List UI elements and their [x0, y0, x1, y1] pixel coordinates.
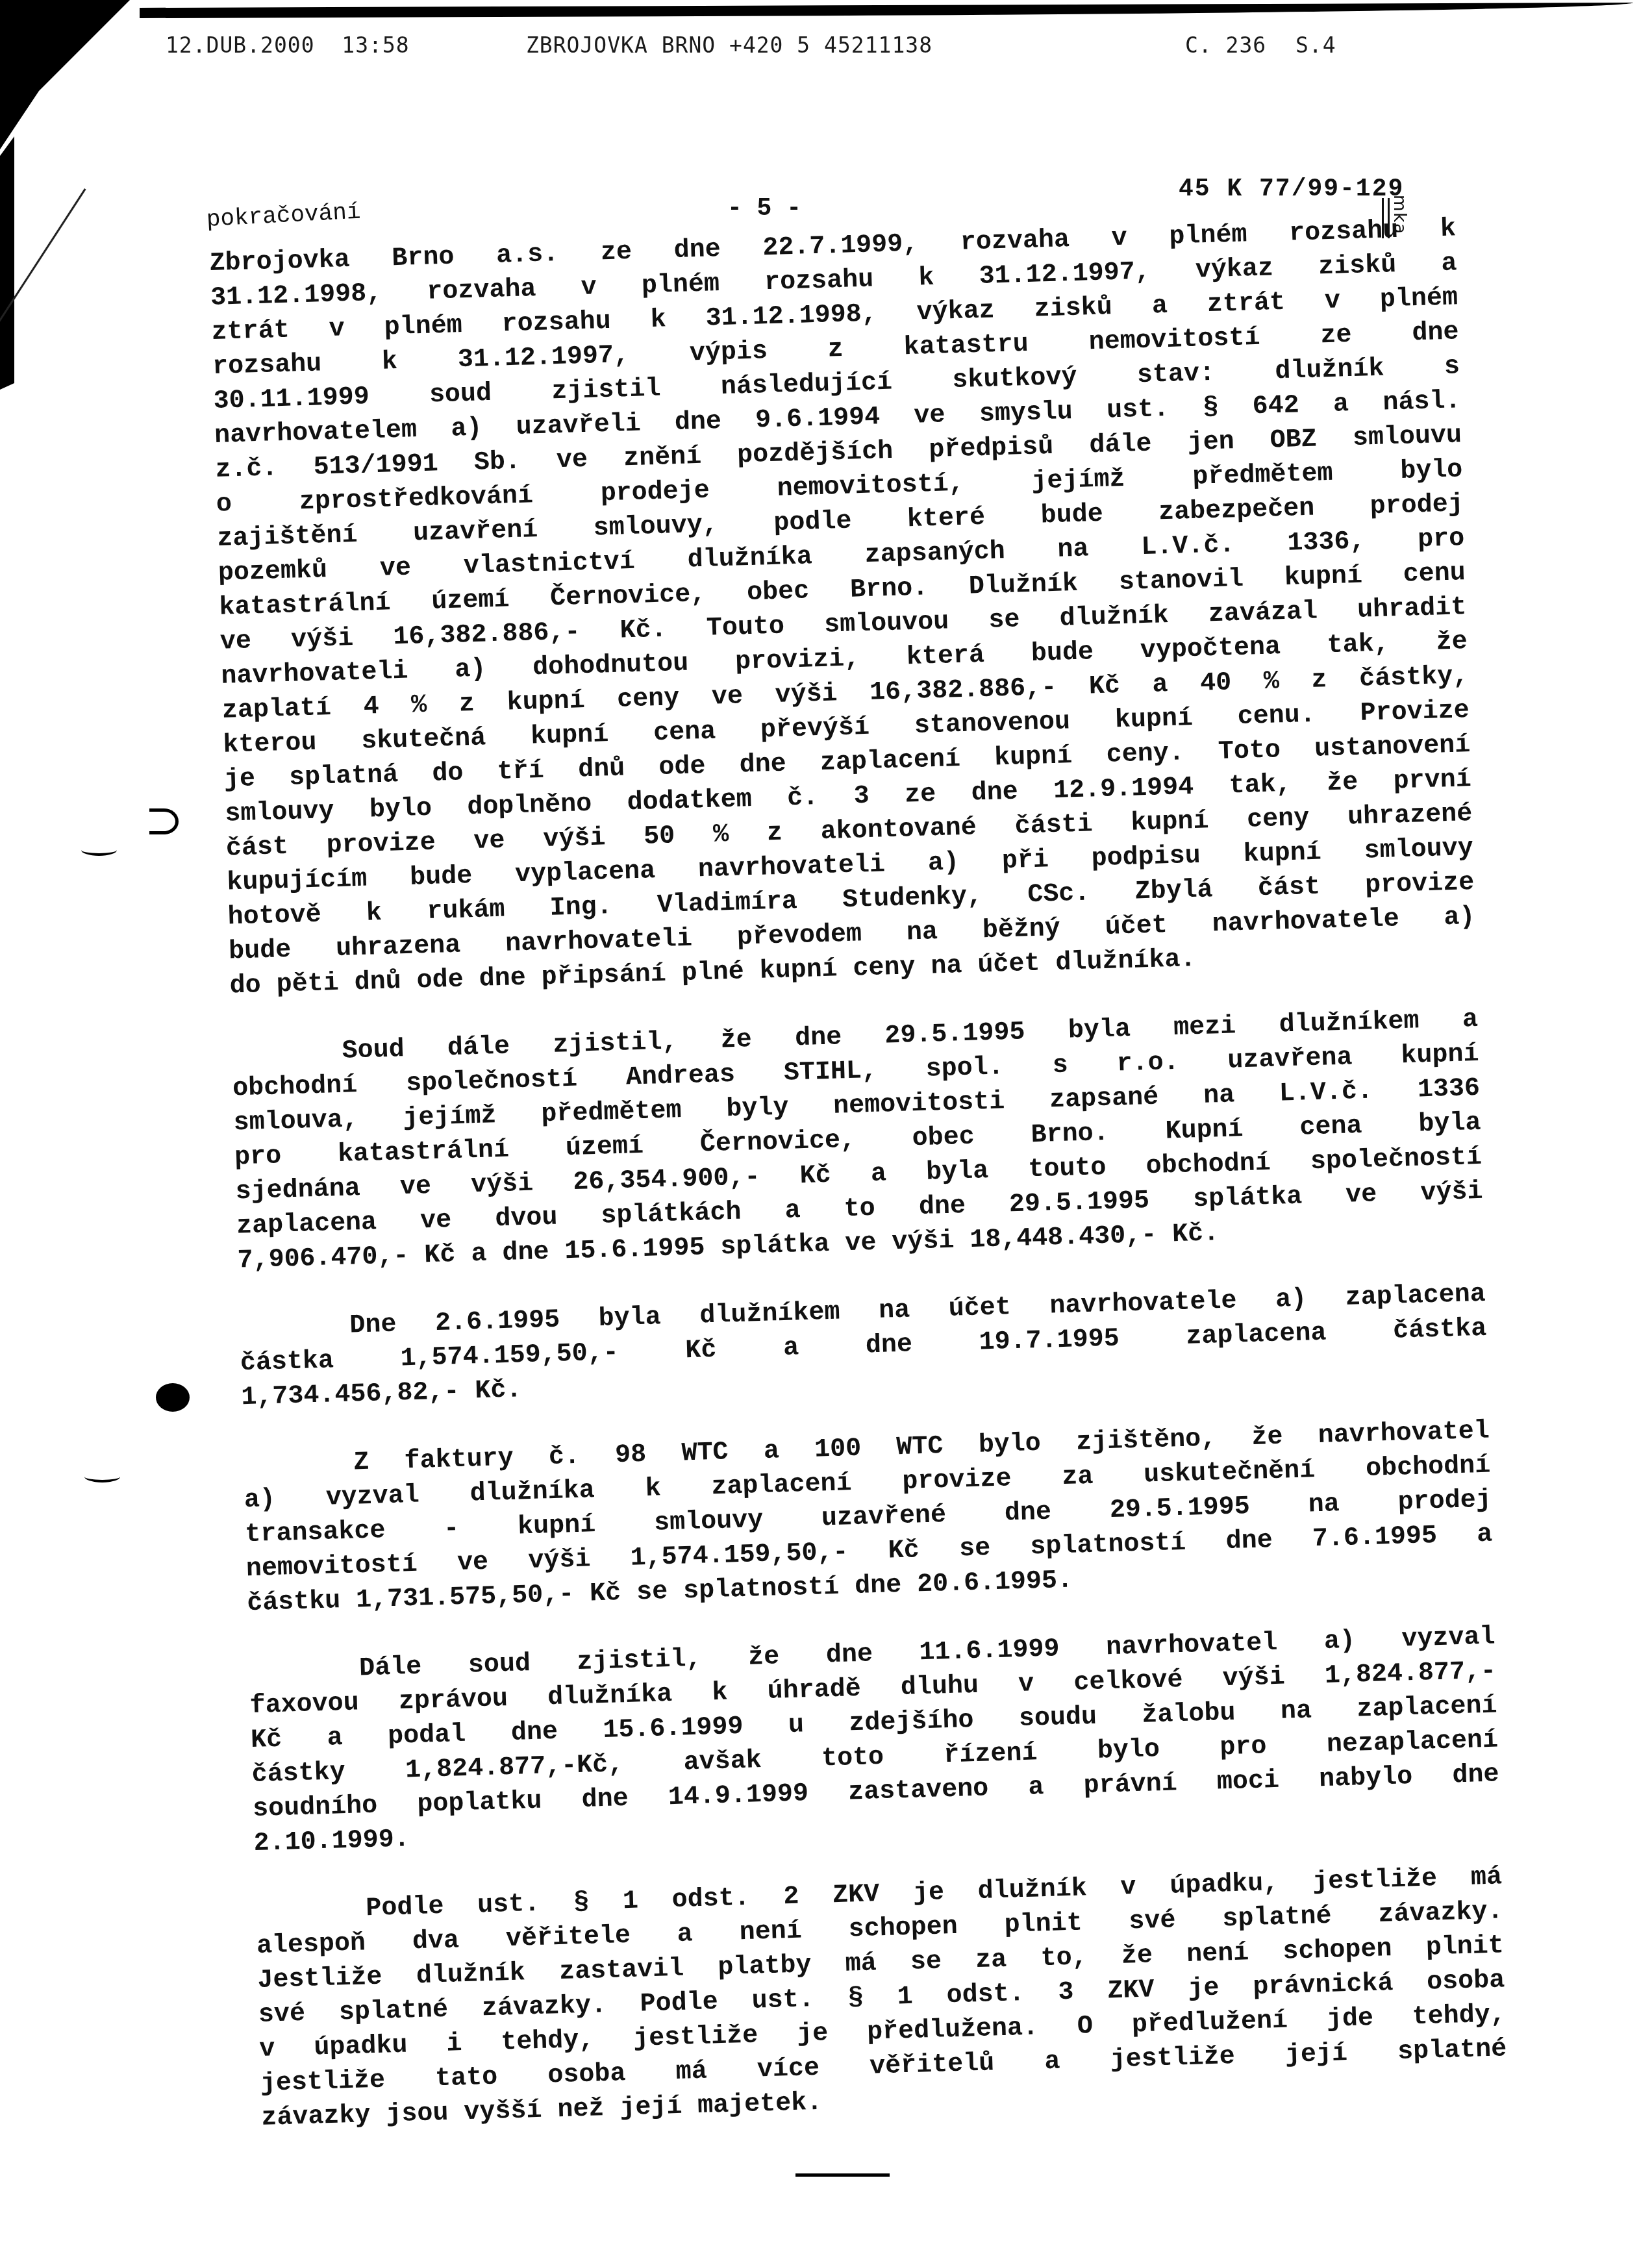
case-number: 45 K 77/99-129 [1179, 175, 1404, 203]
fax-header: 12.DUB.2000 13:58 ZBROJOVKA BRNO +420 5 … [166, 32, 1652, 58]
fax-sender: ZBROJOVKA BRNO +420 5 45211138 [526, 32, 932, 58]
fax-number: C. 236 [1185, 32, 1266, 58]
paragraph: Dne 2.6.1995 byla dlužníkem na účet navr… [239, 1277, 1488, 1416]
footer-rule [795, 2173, 890, 2177]
scan-edge-artifact [0, 0, 149, 390]
page-number: - 5 - [727, 195, 801, 223]
punch-hole-mark [84, 1471, 120, 1483]
paragraph: Soud dále zjistil, že dne 29.5.1995 byla… [231, 1003, 1484, 1278]
fax-date: 12.DUB.2000 13:58 [166, 32, 410, 58]
fax-page: S.4 [1295, 32, 1336, 58]
paragraph: Dále soud zjistil, že dne 11.6.1999 navr… [249, 1620, 1501, 1861]
punch-hole [156, 1383, 190, 1412]
margin-mark [149, 808, 179, 834]
scan-top-edge [140, 3, 1633, 18]
punch-hole-mark [81, 844, 117, 856]
fax-date-value: 12.DUB.2000 [166, 32, 315, 58]
paragraph: Z faktury č. 98 WTC a 100 WTC bylo zjišt… [243, 1414, 1494, 1621]
paragraph: Zbrojovka Brno a.s. ze dne 22.7.1999, ro… [209, 212, 1477, 1003]
continuation-label: pokračování [206, 199, 361, 233]
paragraph: Podle ust. § 1 odst. 2 ZKV je dlužník v … [255, 1860, 1508, 2135]
document-body: Zbrojovka Brno a.s. ze dne 22.7.1999, ro… [209, 212, 1509, 2169]
fax-time: 13:58 [342, 32, 409, 58]
